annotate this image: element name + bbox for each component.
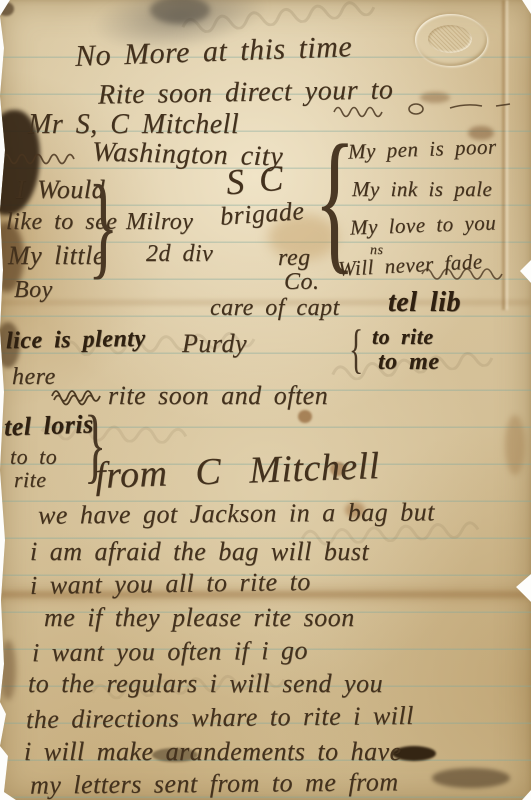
embossed-seal-inner	[428, 25, 472, 53]
embossed-seal-icon	[415, 14, 487, 66]
wish-line-4: Boy	[14, 278, 53, 303]
unit-brigade: brigade	[219, 197, 305, 230]
note-to-me: to me	[378, 350, 440, 375]
note-lice: lice is plenty	[6, 327, 146, 355]
stain	[298, 410, 312, 423]
body-line-8: i will make arandements to have	[24, 738, 402, 765]
stain	[0, 2, 14, 16]
note-rite-soon: rite soon and often	[108, 382, 328, 409]
brace-right: }	[88, 168, 118, 283]
care-of-capt: care of capt	[210, 296, 340, 321]
unit-division: 2d div	[146, 242, 213, 267]
letter-scan: No More at this time Rite soon direct yo…	[0, 0, 531, 800]
note-to-to: to to	[10, 445, 57, 468]
body-line-9: my letters sent from to me from	[30, 768, 399, 799]
stain	[505, 415, 525, 475]
poem-line-1: My pen is poor	[348, 135, 497, 162]
poem-line-2: My ink is pale	[352, 178, 492, 200]
note-rite: rite	[14, 468, 47, 491]
body-line-7: the directions whare to rite i will	[26, 702, 414, 733]
closing-line-3: Mr S, C Mitchell	[28, 110, 239, 139]
captain-name: tel lib	[388, 288, 461, 317]
body-line-4: me if they please rite soon	[44, 604, 355, 631]
note-to-rite: to rite	[372, 325, 434, 348]
body-line-2: i am afraid the bag will bust	[30, 538, 369, 565]
ink-scribble	[330, 100, 520, 120]
unit-initials: S C	[224, 160, 285, 203]
ink-scribble	[0, 148, 88, 166]
poem-line-3: My love to you	[350, 211, 497, 238]
body-line-3: i want you all to rite to	[30, 568, 311, 599]
paper: No More at this time Rite soon direct yo…	[0, 0, 531, 800]
brace-left: {	[349, 322, 363, 376]
note-here: here	[12, 365, 56, 390]
ink-smudge	[432, 768, 510, 788]
body-line-5: i want you often if i go	[32, 637, 308, 667]
body-line-6: to the regulars i will send you	[28, 670, 383, 697]
unit-milroy: Milroy	[126, 210, 193, 235]
body-line-1: we have got Jackson in a bag but	[38, 498, 435, 529]
note-tel-loris: tel loris	[4, 410, 95, 440]
unit-regiment: reg	[278, 246, 311, 271]
note-purdy: Purdy	[182, 330, 247, 357]
stain	[0, 640, 16, 700]
